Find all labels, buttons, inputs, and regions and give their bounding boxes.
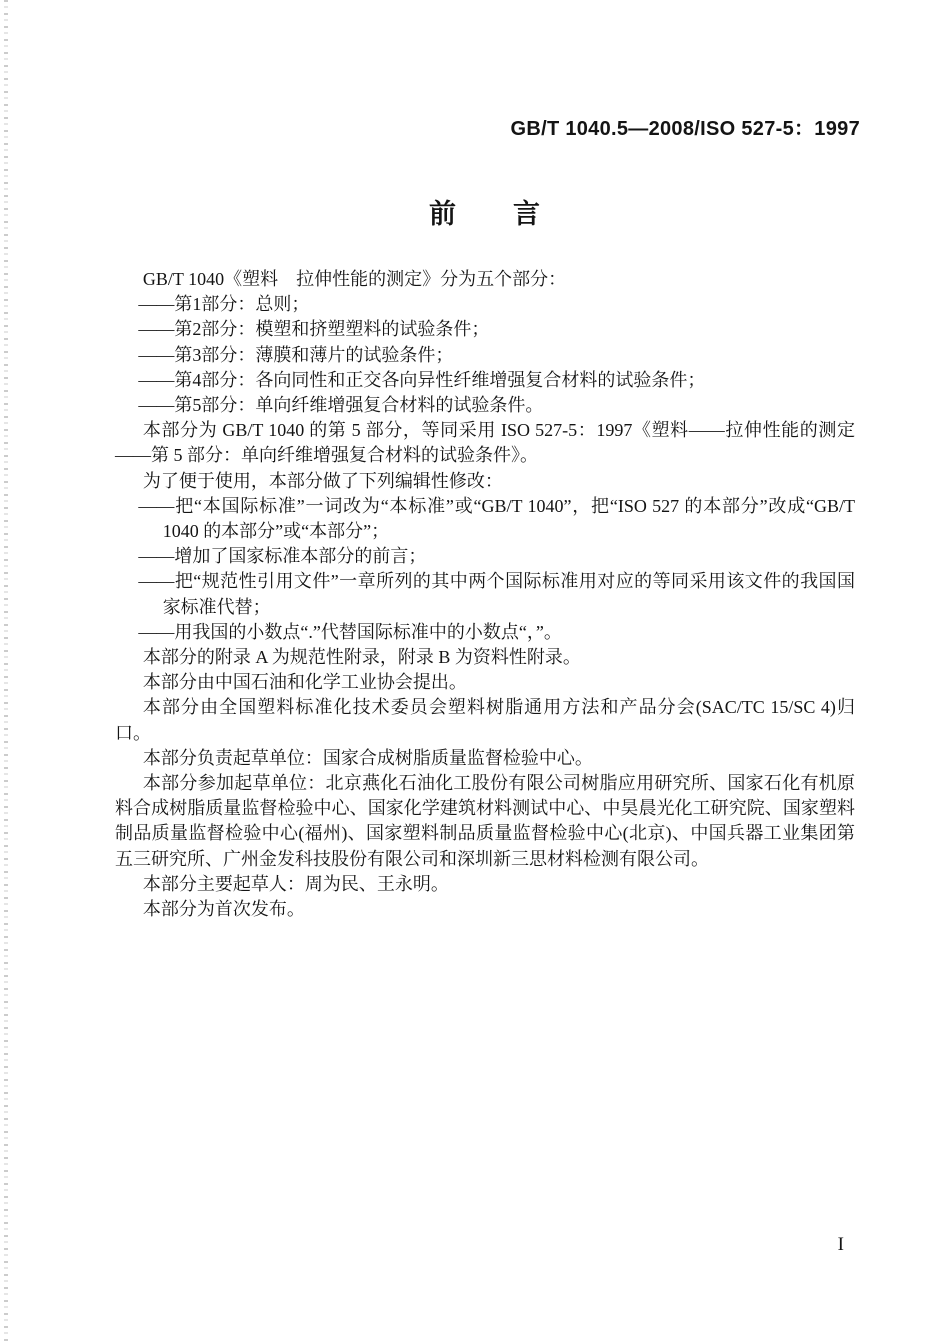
- foreword-item: ——第3部分：薄膜和薄片的试验条件；: [115, 343, 855, 368]
- standard-number: GB/T 1040.5—2008/ISO 527-5：1997: [510, 112, 860, 141]
- foreword-para: 本部分主要起草人：周为民、王永明。: [115, 872, 855, 897]
- foreword-para: 本部分为首次发布。: [115, 897, 855, 922]
- foreword-para: 本部分由全国塑料标准化技术委员会塑料树脂通用方法和产品分会(SAC/TC 15/…: [115, 695, 855, 745]
- foreword-item: ——把“本国际标准”一词改为“本标准”或“GB/T 1040”，把“ISO 52…: [115, 494, 855, 544]
- foreword-para: GB/T 1040《塑料 拉伸性能的测定》分为五个部分：: [115, 267, 855, 292]
- scanned-standard-page: GB/T 1040.5—2008/ISO 527-5：1997 前 言 GB/T…: [0, 0, 950, 1344]
- foreword-para: 本部分为 GB/T 1040 的第 5 部分，等同采用 ISO 527-5：19…: [115, 418, 855, 468]
- foreword-para: 本部分负责起草单位：国家合成树脂质量监督检验中心。: [115, 746, 855, 771]
- foreword-item: ——第1部分：总则；: [115, 292, 855, 317]
- foreword-para: 为了便于使用，本部分做了下列编辑性修改：: [115, 469, 855, 494]
- foreword-item: ——用我国的小数点“.”代替国际标准中的小数点“，”。: [115, 620, 855, 645]
- foreword-item: ——增加了国家标准本部分的前言；: [115, 544, 855, 569]
- foreword-item: ——第2部分：模塑和挤塑塑料的试验条件；: [115, 317, 855, 342]
- foreword-title: 前 言: [115, 192, 855, 231]
- scan-edge-artifact: [4, 0, 8, 1344]
- foreword-para: 本部分由中国石油和化学工业协会提出。: [115, 670, 855, 695]
- foreword-item: ——把“规范性引用文件”一章所列的其中两个国际标准用对应的等同采用该文件的我国国…: [115, 569, 855, 619]
- foreword-item: ——第4部分：各向同性和正交各向异性纤维增强复合材料的试验条件；: [115, 368, 855, 393]
- foreword-para: 本部分参加起草单位：北京燕化石油化工股份有限公司树脂应用研究所、国家石化有机原料…: [115, 771, 855, 872]
- foreword-item: ——第5部分：单向纤维增强复合材料的试验条件。: [115, 393, 855, 418]
- foreword-para: 本部分的附录 A 为规范性附录，附录 B 为资料性附录。: [115, 645, 855, 670]
- page-number: I: [838, 1234, 844, 1256]
- foreword-body: GB/T 1040《塑料 拉伸性能的测定》分为五个部分： ——第1部分：总则； …: [115, 267, 855, 922]
